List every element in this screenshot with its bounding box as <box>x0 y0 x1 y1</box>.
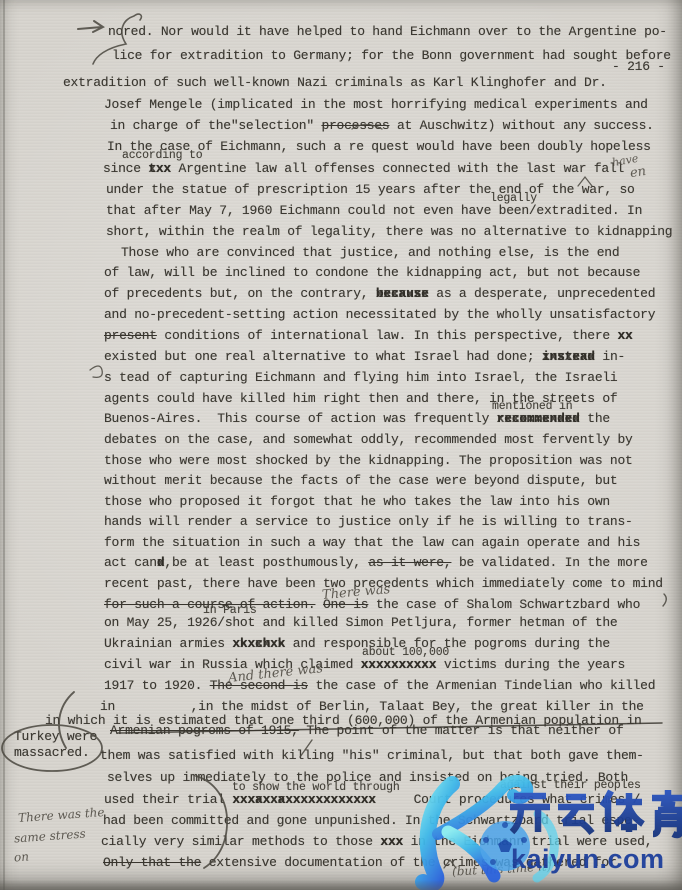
typed-line: s tead of capturing Eichmann and flying … <box>104 371 618 385</box>
typed-text: form the situation in such a way that th… <box>104 535 640 550</box>
typed-line: debates on the case, and somewhat oddly,… <box>104 433 633 447</box>
typed-text: lice for extradition to Germany; for the… <box>112 48 671 63</box>
scanned-manuscript-page: nored. Nor would it have helped to hand … <box>0 0 682 890</box>
typed-text: extensive documentation of the crimes wa… <box>201 855 616 870</box>
typed-text: cially very similar methods to those <box>101 834 380 849</box>
typed-text: and no-precedent-setting action necessit… <box>104 307 655 322</box>
typed-over-text: xxxaxxaxxxxxxxxxxxxxxxxxxxxxxxxxxxxxxx <box>232 793 375 807</box>
typed-line: had been committed and gone unpunished. … <box>103 814 639 828</box>
typed-text: be validated. In the more <box>451 555 647 570</box>
typed-text: conditions of international law. In this… <box>157 328 618 343</box>
typed-text: 1917 to 1920. <box>104 678 210 693</box>
typed-line: that after May 7, 1960 Eichmann could no… <box>106 204 642 218</box>
typed-text: debates on the case, and somewhat oddly,… <box>104 432 633 447</box>
typed-line: those who proposed it forgot that he who… <box>104 495 610 509</box>
typed-text: in charge of the"selection" <box>110 118 321 133</box>
typed-line: Buenos-Aires. This course of action was … <box>104 412 610 426</box>
cn-char-yu <box>652 790 682 835</box>
typed-text: Those who are convinced that justice, an… <box>121 245 619 260</box>
typed-text: in the Eichmann trial were used, <box>403 834 652 849</box>
typed-text: victims during the years <box>436 657 625 672</box>
typed-line: Armenian pogroms of 1915, The point of t… <box>110 724 624 738</box>
typed-line: - 216 - <box>612 60 665 74</box>
typed-line: lice for extradition to Germany; for the… <box>112 49 671 63</box>
typed-text: those who were most shocked by the kidna… <box>104 453 633 468</box>
typed-text: s tead of capturing Eichmann and flying … <box>104 370 618 385</box>
typed-line: since txxxxx Argentine law all offenses … <box>103 162 624 176</box>
struck-text: Armenian pogroms of 1915, <box>110 723 299 738</box>
typed-text: that after May 7, 1960 Eichmann could no… <box>106 203 642 218</box>
typed-text: short, within the realm of legality, the… <box>106 224 672 239</box>
typed-text: Josef Mengele (implicated in the most ho… <box>104 97 648 112</box>
typed-insertion: mentioned in <box>492 401 572 413</box>
typed-text: Court procedures what crimes / <box>376 792 640 807</box>
typed-text: - 216 - <box>612 59 665 74</box>
typed-text: ,be at least posthumously, <box>164 555 368 570</box>
stead-join-loop <box>90 366 102 377</box>
typed-text: had been committed and gone unpunished. … <box>103 813 639 828</box>
typed-over-text: xxxxxxxxxxxxxxxxxxxx <box>361 658 437 672</box>
struck-text: as it were, <box>368 555 451 570</box>
typed-line: of precedents but, on the contrary, beca… <box>104 287 655 301</box>
typed-text: hands will render a service to justice o… <box>104 514 633 529</box>
typed-line: short, within the realm of legality, the… <box>106 225 672 239</box>
typed-line: civil war in Russia which claimed xxxxxx… <box>104 658 625 672</box>
typed-line: nored. Nor would it have helped to hand … <box>108 25 667 39</box>
typed-text: used their trial <box>104 792 232 807</box>
comma-mark-mind <box>663 594 666 606</box>
typed-line: them was satisfied with killing "his" cr… <box>100 749 644 763</box>
typed-over-text: insteadxxxxxxx <box>542 350 595 364</box>
typed-insertion: about 100,000 <box>362 647 449 659</box>
typed-line: in charge of the"selection" processes at… <box>110 119 654 133</box>
typed-text: Turkey were <box>14 729 97 744</box>
typed-over-text: dx <box>157 556 165 570</box>
typed-line: Those who are convinced that justice, an… <box>121 246 619 260</box>
typed-insertion: to show the world through <box>232 782 400 794</box>
typed-line: Ukrainian armies xkxchxkxxxxxxx and resp… <box>104 637 610 651</box>
typed-line: Turkey were <box>14 730 97 744</box>
typed-line: 1917 to 1920. The second is the case of … <box>104 679 655 693</box>
typed-line: cially very similar methods to those xxx… <box>101 835 652 849</box>
typed-line: form the situation in such a way that th… <box>104 536 640 550</box>
typed-text: the <box>580 411 610 426</box>
typed-text: the case of the Armenian Tindelian who k… <box>308 678 655 693</box>
typed-line: and no-precedent-setting action necessit… <box>104 308 655 322</box>
typed-text: at Auschwitz) without any success. <box>389 118 653 133</box>
typed-text: of law, will be inclined to condone the … <box>104 265 640 280</box>
typed-text: nored. Nor would it have helped to hand … <box>108 24 667 39</box>
handwritten-note: en <box>629 164 647 181</box>
typed-line: extradition of such well-known Nazi crim… <box>63 76 607 90</box>
typed-text: in- <box>595 349 625 364</box>
typed-text: as a desperate, unprecedented <box>429 286 656 301</box>
typed-insertion: legally <box>490 193 537 205</box>
typed-over-text: xxxxxx <box>380 835 403 849</box>
typed-over-text: xkxchxkxxxxxxx <box>232 637 285 651</box>
typed-text: extradition of such well-known Nazi crim… <box>63 75 607 90</box>
typed-insertion: in Paris <box>203 605 257 617</box>
typed-text: The point of the matter is that neither … <box>299 723 624 738</box>
typed-text: under the statue of prescription 15 year… <box>106 182 635 197</box>
typed-text: on May 25, 1926/shot and killed Simon Pe… <box>104 615 618 630</box>
typed-line: present conditions of international law.… <box>104 329 633 343</box>
typed-line: on May 25, 1926/shot and killed Simon Pe… <box>104 616 618 630</box>
typed-text: Argentine law all offenses connected wit… <box>171 161 624 176</box>
typed-text: in ,in the midst of Berlin, Talaat Bey, … <box>100 699 644 714</box>
typed-text: of precedents but, on the contrary, <box>104 286 376 301</box>
typed-text: without merit because the facts of the c… <box>104 473 618 488</box>
handwritten-note: There was the <box>18 805 105 825</box>
typed-line: in ,in the midst of Berlin, Talaat Bey, … <box>100 700 644 714</box>
margin-arrow-icon <box>78 21 103 32</box>
typed-line: those who were most shocked by the kidna… <box>104 454 633 468</box>
typed-over-text: recommendedxxxxxxxxxxx <box>497 412 580 426</box>
typed-text: Ukrainian armies <box>104 636 232 651</box>
typed-line: used their trial xxxaxxaxxxxxxxxxxxxxxxx… <box>104 793 640 807</box>
typed-text: the case of Shalom Schwartzbard who <box>368 597 640 612</box>
typed-text: those who proposed it forgot that he who… <box>104 494 610 509</box>
typed-text: act can <box>104 555 157 570</box>
typed-line: hands will render a service to justice o… <box>104 515 633 529</box>
typed-over-text: txxxxx <box>148 162 171 176</box>
typed-line: act candx,be at least posthumously, as i… <box>104 556 648 570</box>
typed-text: Buenos-Aires. This course of action was … <box>104 411 497 426</box>
handwritten-note: on <box>14 849 30 864</box>
handwritten-note: same stress <box>14 827 87 846</box>
struck-text: present <box>104 328 157 343</box>
struck-text: Only that the <box>103 855 201 870</box>
typed-insertion: against their peoples <box>500 780 641 792</box>
typed-line: of law, will be inclined to condone the … <box>104 266 640 280</box>
struck-text: processes <box>321 118 389 133</box>
typed-text: them was satisfied with killing "his" cr… <box>100 748 644 763</box>
typed-line: under the statue of prescription 15 year… <box>106 183 635 197</box>
typed-insertion: according to <box>122 150 202 162</box>
typed-over-text: becausexxxxxxx <box>376 287 429 301</box>
typed-line: for such a course of action. One is the … <box>104 598 640 612</box>
typed-line: without merit because the facts of the c… <box>104 474 618 488</box>
typed-line: existed but one real alternative to what… <box>104 350 625 364</box>
typed-text: massacred. <box>14 745 90 760</box>
typed-text: since <box>103 161 148 176</box>
typed-line: massacred. <box>14 746 90 760</box>
typed-text: existed but one real alternative to what… <box>104 349 542 364</box>
typed-line: Josef Mengele (implicated in the most ho… <box>104 98 648 112</box>
typed-over-text: xxxx <box>618 329 633 343</box>
